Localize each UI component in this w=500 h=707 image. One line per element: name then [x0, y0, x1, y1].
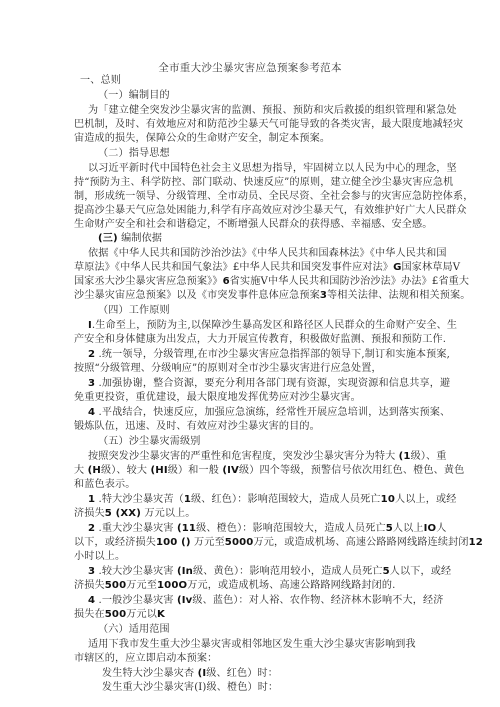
paragraph-line: 1 .特大沙尘暴灾苦（1级、红色）：影响范围较大，造成人员死亡10人以上，或经 [88, 493, 436, 507]
section-heading: 一、总则 [80, 74, 442, 88]
paragraph-line: 产安全和身体健康为出发点，大力开展宣传教育，积极做好监测、预报和预防工作. [74, 333, 436, 347]
paragraph-line: 3 .加强协谢，整合资源，要充分利用各部门现有资源，实现资源和信息共享，避 [88, 377, 436, 391]
paragraph-line: 为「建立健全突发沙尘暴灾害的监测、预报、预防和灾后救援的组织管理和紧急处 [88, 104, 436, 118]
paragraph-line: 济损失500万元至100O万元，或造成机场、高速公路路网线路封闭的. [74, 579, 436, 593]
paragraph-line: I.生命至上，预防为主,以保障沙生暴高发区和路径区人民群众的生命财产安全、生 [88, 319, 436, 333]
paragraph-line: 制，形成统一领导、分级管理、全市动员、全民尽资、全社会参与的灾害应急防控体系， [74, 190, 436, 204]
paragraph-line: 依据《中华人民共和国防沙治沙法》《中华人民共和国森林法》《中华人民共和国 [88, 247, 436, 261]
paragraph-line: 损失在500万元以K [74, 608, 436, 622]
paragraph-line: 以习近平新时代中国特色社会主义思想为指导，牢固树立以人民为中心的理念，坚 [88, 162, 436, 176]
section-heading: （五）沙尘暴灾需级别 [98, 435, 460, 449]
paragraph-line: 发生重大沙尘暴灾害(I)级、橙色）时： [102, 681, 464, 695]
paragraph-line: 小时以上。 [74, 550, 436, 564]
paragraph-line: 按照“分级管理、分级响应”的原则对全市沙尘暴灾害进行应急处置， [74, 362, 436, 376]
paragraph-line: 按照突发沙尘暴灾害的严重性和危害程度，突发沙尘暴灾害分为特大 (1级）、重 [88, 450, 436, 464]
document-page: 全市重大沙尘暴灾害应急预案参考范本 一、总则（一）编制目的为「建立健全突发沙尘暴… [0, 0, 500, 707]
paragraph-line: 生命财产安全和社会和谐稳定，不断增强人民群众的获得感、幸福感、安全感。 [74, 218, 436, 232]
paragraph-line: 3 .较大沙尘暴灾害 (In级、黄色）：影响范用较小，造成人员死亡5人以下，或经 [88, 565, 436, 579]
paragraph-line: 2 .重大沙尘暴灾害 (11级、橙色）：影响范围较大，造成人员死亡5人以上IO人 [88, 522, 436, 536]
document-title: 全市重大沙尘暴灾害应急预案参考范本 [0, 60, 500, 75]
section-heading: （四）工作原则 [98, 304, 460, 318]
paragraph-line: 济损失5 (XX) 万元以上。 [74, 507, 436, 521]
paragraph-line: 锻炼队伍，迅速、及时、有效应对沙尘暴灾害的目的。 [74, 420, 436, 434]
paragraph-line: 适用下我市发生重大沙尘暴灾害或相邻地区发生重大沙尘暴灾害影响到我 [88, 638, 436, 652]
section-heading: （二）指导思想 [98, 147, 460, 161]
paragraph-line: 2 .统一领导，分级管理,在市沙尘暴灾害应急指挥部的领导下,制订和实施本预案, [88, 348, 436, 362]
paragraph-line: 国家丞大沙尘暴灾害应急预案》》6省实施V中华人民共和国防沙治沙法》办法》£省重大 [74, 275, 436, 289]
paragraph-line: 沙尘暴灾宙应急预案》以及《市突发事件息体应急预案3等相关法律、法规和相关预案。 [74, 289, 436, 303]
paragraph-line: 4 .一般沙尘暴灾害 (Iv级、蓝色）：对人裕、农作物、经济林木影响不大，经济 [88, 594, 436, 608]
section-heading: （一）编制目的 [98, 89, 460, 103]
paragraph-line: 宙造成的损失，保障公众的生命财产安全，制定本预案。 [74, 132, 436, 146]
paragraph-line: 巴机制，及时、有效地应对和防范沙尘暴天气可能导致的各类灾害，最大限度地减轻灾 [74, 118, 436, 132]
paragraph-line: 4 .平战结合，快速反应，加强应急演练，经常性开展应急培训，达到落实预案、 [88, 406, 436, 420]
paragraph-line: 和蓝色表示。 [74, 478, 436, 492]
paragraph-line: 草原法》《中华人民共和国气象法》£中华人民共和国突发事件应对法》G国家林草局V [74, 261, 436, 275]
paragraph-line: 持“预防为主、科学防控、部门联动、快速反应”的原则，建立健全沙尘暴灾害应急机 [74, 176, 436, 190]
paragraph-line: 以下，或经济损失100 () 万元至5000万元，或造成机场、高速公路路网线路连… [74, 536, 436, 550]
section-heading: (三) 编制依据 [98, 232, 460, 246]
paragraph-line: 市辖区的，应立即启动本预案： [74, 652, 436, 666]
paragraph-line: 发生特大沙尘暴灾杏 (I级、红色）时： [102, 667, 464, 681]
paragraph-line: 大 (H级）、较大 (HI级）和一般 (IV级）四个等级，预警信号依次用红色、橙… [74, 464, 436, 478]
section-heading: （六）适用范围 [98, 623, 460, 637]
paragraph-line: 免重更投资，重优建设，最大限度地发挥优势应对沙尘暴灾害。 [74, 391, 436, 405]
paragraph-line: 提高沙尘暴天气应急处困能力,科学有序高效应对沙尘暴天气，有效维护好广大人民群众 [74, 204, 436, 218]
